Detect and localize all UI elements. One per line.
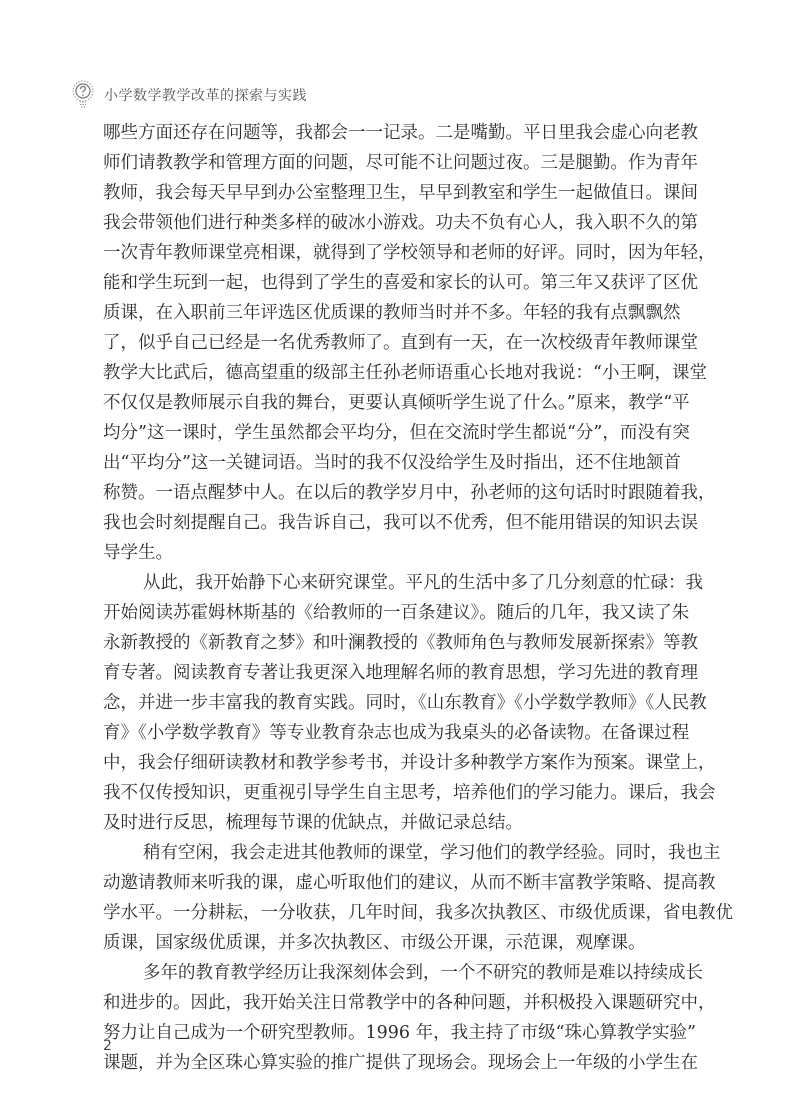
text-line: 课题，并为全区珠心算实验的推广提供了现场会。现场会上一年级的小学生在 [103,1048,678,1078]
text-line: 质课，国家级优质课，并多次执教区、市级公开课，示范课，观摩课。 [103,928,678,958]
text-line: 教学大比武后，德高望重的级部主任孙老师语重心长地对我说：“小王啊，课堂 [103,358,678,388]
text-line: 育》《小学数学教育》等专业教育杂志也成为我桌头的必备读物。在备课过程 [103,718,678,748]
running-header: 小学数学教学改革的探索与实践 [70,80,307,110]
body-text: 哪些方面还存在问题等，我都会一一记录。二是嘴勤。平日里我会虚心向老教 师们请教教… [103,118,678,1078]
text-line: 了，似乎自己已经是一名优秀教师了。直到有一天，在一次校级青年教师课堂 [103,328,678,358]
lightbulb-question-icon [70,80,96,110]
text-line: 一次青年教师课堂亮相课，就得到了学校领导和老师的好评。同时，因为年轻， [103,238,678,268]
text-line: 念，并进一步丰富我的教育实践。同时，《山东教育》《小学数学教师》《人民教 [103,688,678,718]
text-line: 我会带领他们进行种类多样的破冰小游戏。功夫不负有心人，我入职不久的第 [103,208,678,238]
text-line: 中，我会仔细研读教材和教学参考书，并设计多种教学方案作为预案。课堂上， [103,748,678,778]
text-line: 师们请教教学和管理方面的问题，尽可能不让问题过夜。三是腿勤。作为青年 [103,148,678,178]
text-line: 我不仅传授知识，更重视引导学生自主思考，培养他们的学习能力。课后，我会 [103,778,678,808]
text-line: 永新教授的《新教育之梦》和叶澜教授的《教师角色与教师发展新探索》等教 [103,628,678,658]
text-line: 导学生。 [103,538,678,568]
text-line: 称赞。一语点醒梦中人。在以后的教学岁月中，孙老师的这句话时时跟随着我， [103,478,678,508]
text-line: 教师，我会每天早早到办公室整理卫生，早早到教室和学生一起做值日。课间 [103,178,678,208]
text-line: 育专著。阅读教育专著让我更深入地理解名师的教育思想，学习先进的教育理 [103,658,678,688]
text-line: 动邀请教师来听我的课，虚心听取他们的建议，从而不断丰富教学策略、提高教 [103,868,678,898]
text-line: 出“平均分”这一关键词语。当时的我不仅没给学生及时指出，还不住地颔首 [103,448,678,478]
paragraph-start-line: 多年的教育教学经历让我深刻体会到，一个不研究的教师是难以持续成长 [103,958,678,988]
text-line: 不仅仅是教师展示自我的舞台，更要认真倾听学生说了什么。”原来，教学“平 [103,388,678,418]
text-line: 及时进行反思，梳理每节课的优缺点，并做记录总结。 [103,808,678,838]
text-line: 能和学生玩到一起，也得到了学生的喜爱和家长的认可。第三年又获评了区优 [103,268,678,298]
text-line: 开始阅读苏霍姆林斯基的《给教师的一百条建议》。随后的几年，我又读了朱 [103,598,678,628]
text-line: 我也会时刻提醒自己。我告诉自己，我可以不优秀，但不能用错误的知识去误 [103,508,678,538]
text-line: 均分”这一课时，学生虽然都会平均分，但在交流时学生都说“分”，而没有突 [103,418,678,448]
text-line: 努力让自己成为一个研究型教师。1996 年，我主持了市级“珠心算教学实验” [103,1018,678,1048]
paragraph-start-line: 从此，我开始静下心来研究课堂。平凡的生活中多了几分刻意的忙碌：我 [103,568,678,598]
page-number: 2 [103,1038,112,1054]
text-line: 学水平。一分耕耘，一分收获，几年时间，我多次执教区、市级优质课，省电教优 [103,898,678,928]
text-line: 质课，在入职前三年评选区优质课的教师当时并不多。年轻的我有点飘飘然 [103,298,678,328]
text-line: 和进步的。因此，我开始关注日常教学中的各种问题，并积极投入课题研究中， [103,988,678,1018]
book-title: 小学数学教学改革的探索与实践 [104,85,307,105]
paragraph-start-line: 稍有空闲，我会走进其他教师的课堂，学习他们的教学经验。同时，我也主 [103,838,678,868]
text-line: 哪些方面还存在问题等，我都会一一记录。二是嘴勤。平日里我会虚心向老教 [103,118,678,148]
